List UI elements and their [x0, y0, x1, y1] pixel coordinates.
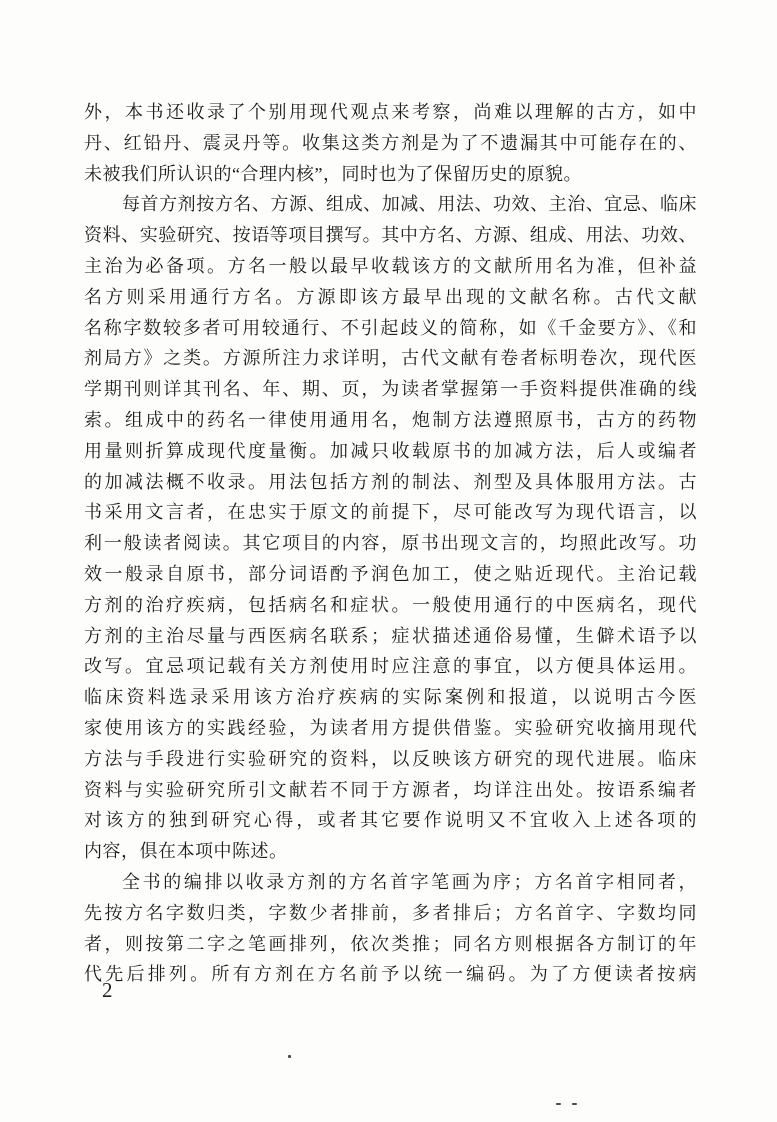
text-line: 方剂的治疗疾病，包括病名和症状。一般使用通行的中医病名，现代 [84, 590, 697, 621]
text-line: 书采用文言者，在忠实于原文的前提下，尽可能改写为现代语言，以 [84, 497, 697, 528]
text-line: 的加减法概不收录。用法包括方剂的制法、剂型及具体服用方法。古 [84, 467, 697, 498]
text-line: 内容，俱在本项中陈述。 [84, 836, 697, 867]
text-line: 主治为必备项。方名一般以最早收载该方的文献所用名为准，但补益 [84, 251, 697, 282]
text-line: 家使用该方的实践经验，为读者用方提供借鉴。实验研究收摘用现代 [84, 713, 697, 744]
text-line: 用量则折算成现代度量衡。加减只收载原书的加减方法，后人或编者 [84, 436, 697, 467]
body-text: 外，本书还收录了个别用现代观点来考察，尚难以理解的古方，如中 丹、红铅丹、震灵丹… [84, 97, 697, 990]
text-line: 先按方名字数归类，字数少者排前，多者排后；方名首字、字数均同 [84, 898, 697, 929]
text-line: 未被我们所认识的“合理内核”，同时也为了保留历史的原貌。 [84, 159, 697, 190]
scan-speck-icon [288, 1055, 291, 1058]
text-line: 每首方剂按方名、方源、组成、加减、用法、功效、主治、宜忌、临床 [84, 189, 697, 220]
text-line: 方法与手段进行实验研究的资料，以反映该方研究的现代进展。临床 [84, 744, 697, 775]
text-line: 代先后排列。所有方剂在方名前予以统一编码。为了方便读者按病 [84, 959, 697, 990]
text-line: 丹、红铅丹、震灵丹等。收集这类方剂是为了不遗漏其中可能存在的、 [84, 128, 697, 159]
text-line: 效一般录自原书，部分词语酌予润色加工，使之贴近现代。主治记载 [84, 559, 697, 590]
text-line: 改写。宜忌项记载有关方剂使用时应注意的事宜，以方便具体运用。 [84, 651, 697, 682]
text-line: 对该方的独到研究心得，或者其它要作说明又不宜收入上述各项的 [84, 805, 697, 836]
text-line: 剂局方》之类。方源所注力求详明，古代文献有卷者标明卷次，现代医 [84, 343, 697, 374]
scanned-book-page: 外，本书还收录了个别用现代观点来考察，尚难以理解的古方，如中 丹、红铅丹、震灵丹… [0, 0, 777, 1122]
page-number: 2 [102, 978, 113, 1002]
text-line: 方剂的主治尽量与西医病名联系；症状描述通俗易懂，生僻术语予以 [84, 621, 697, 652]
text-line: 者，则按第二字之笔画排列，依次类推；同名方则根据各方制订的年 [84, 929, 697, 960]
scan-speck-icon [556, 1103, 561, 1105]
text-line: 资料、实验研究、按语等项目撰写。其中方名、方源、组成、用法、功效、 [84, 220, 697, 251]
scan-speck-icon [572, 1103, 577, 1105]
text-line: 外，本书还收录了个别用现代观点来考察，尚难以理解的古方，如中 [84, 97, 697, 128]
text-line: 临床资料选录采用该方治疗疾病的实际案例和报道，以说明古今医 [84, 682, 697, 713]
text-line: 学期刊则详其刊名、年、期、页，为读者掌握第一手资料提供准确的线 [84, 374, 697, 405]
text-line: 资料与实验研究所引文献若不同于方源者，均详注出处。按语系编者 [84, 775, 697, 806]
text-line: 名方则采用通行方名。方源即该方最早出现的文献名称。古代文献 [84, 282, 697, 313]
text-line: 利一般读者阅读。其它项目的内容，原书出现文言的，均照此改写。功 [84, 528, 697, 559]
text-line: 索。组成中的药名一律使用通用名，炮制方法遵照原书，古方的药物 [84, 405, 697, 436]
text-line: 名称字数较多者可用较通行、不引起歧义的简称，如《千金要方》、《和 [84, 313, 697, 344]
text-line: 全书的编排以收录方剂的方名首字笔画为序；方名首字相同者， [84, 867, 697, 898]
